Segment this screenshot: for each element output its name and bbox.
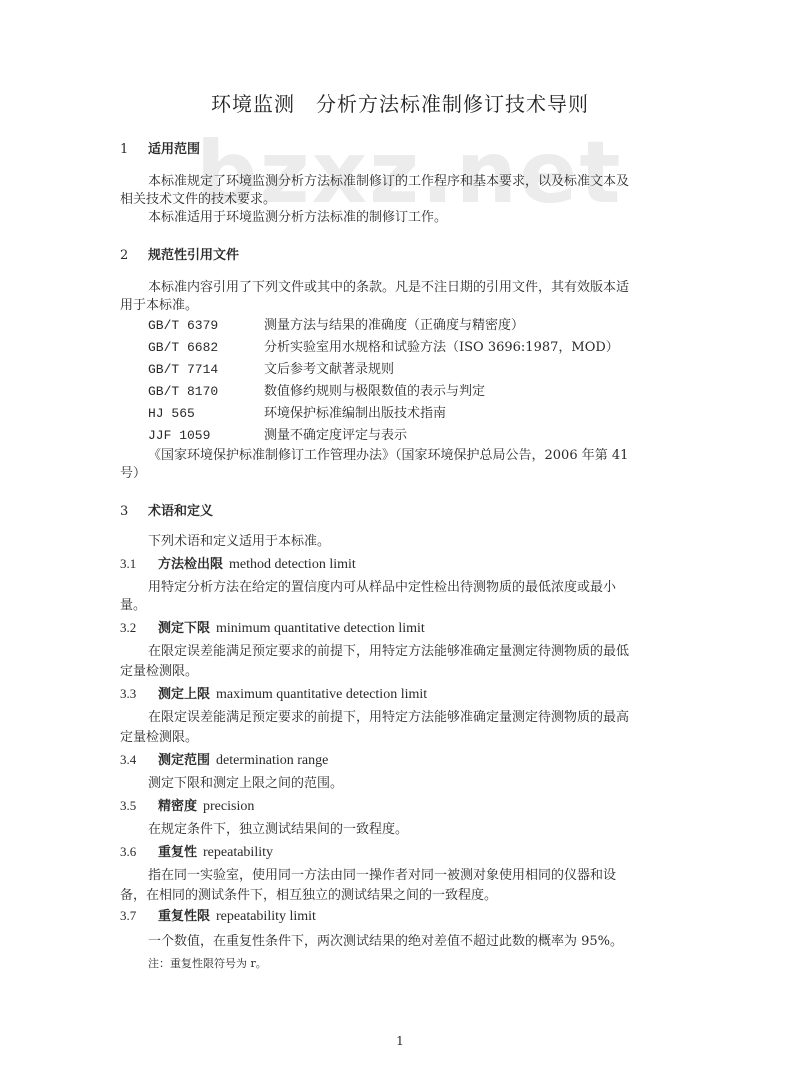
ref-code: GB/T 6682 <box>148 340 218 356</box>
paragraph: 下列术语和定义适用于本标准。 <box>148 534 330 550</box>
ref-title: 文后参考文献著录规则 <box>264 362 394 378</box>
term-number: 3.1 <box>120 556 158 572</box>
section-2-heading: 2规范性引用文件 <box>120 248 239 264</box>
section-number: 3 <box>120 504 148 520</box>
section-title: 术语和定义 <box>148 504 213 519</box>
term-heading: 3.6重复性repeatability <box>120 844 273 861</box>
term-number: 3.3 <box>120 686 158 702</box>
ref-title: 分析实验室用水规格和试验方法（ISO 3696:1987，MOD） <box>264 340 619 356</box>
term-definition: 量。 <box>120 598 146 614</box>
term-heading: 3.7重复性限repeatability limit <box>120 908 316 925</box>
term-heading: 3.5精密度precision <box>120 798 254 815</box>
ref-code: GB/T 6379 <box>148 318 218 334</box>
term-en: precision <box>203 799 254 814</box>
paragraph: 号） <box>120 466 146 482</box>
term-en: determination range <box>216 753 328 768</box>
ref-title: 测量方法与结果的准确度（正确度与精密度） <box>264 318 524 334</box>
term-zh: 测定下限 <box>158 621 210 636</box>
document-title: 环境监测 分析方法标准制修订技术导则 <box>0 88 800 117</box>
ref-code: GB/T 8170 <box>148 384 218 400</box>
term-zh: 方法检出限 <box>158 557 223 572</box>
term-en: method detection limit <box>229 557 356 572</box>
term-definition: 测定下限和测定上限之间的范围。 <box>148 776 343 792</box>
section-title: 规范性引用文件 <box>148 248 239 263</box>
ref-title: 环境保护标准编制出版技术指南 <box>264 406 446 422</box>
ref-title: 数值修约规则与极限数值的表示与判定 <box>264 384 485 400</box>
term-number: 3.6 <box>120 844 158 860</box>
term-zh: 重复性限 <box>158 909 210 924</box>
term-zh: 重复性 <box>158 845 197 860</box>
section-number: 1 <box>120 142 148 158</box>
paragraph: 用于本标准。 <box>120 298 198 314</box>
paragraph: 本标准内容引用了下列文件或其中的条款。凡是不注日期的引用文件，其有效版本适 <box>148 280 629 296</box>
term-en: repeatability <box>203 845 273 860</box>
term-definition: 在限定误差能满足预定要求的前提下，用特定方法能够准确定量测定待测物质的最高 <box>148 710 629 726</box>
section-3-heading: 3术语和定义 <box>120 504 213 520</box>
term-definition: 用特定分析方法在给定的置信度内可从样品中定性检出待测物质的最低浓度或最小 <box>148 580 616 596</box>
section-number: 2 <box>120 248 148 264</box>
term-number: 3.2 <box>120 620 158 636</box>
ref-title: 测量不确定度评定与表示 <box>264 428 407 444</box>
term-number: 3.5 <box>120 798 158 814</box>
term-heading: 3.1方法检出限method detection limit <box>120 556 356 573</box>
section-1-heading: 1适用范围 <box>120 142 200 158</box>
section-title: 适用范围 <box>148 142 200 157</box>
term-definition: 定量检测限。 <box>120 664 198 680</box>
term-zh: 测定上限 <box>158 687 210 702</box>
document-page: 环境监测 分析方法标准制修订技术导则 1适用范围 本标准规定了环境监测分析方法标… <box>0 0 800 1090</box>
term-definition: 在限定误差能满足预定要求的前提下，用特定方法能够准确定量测定待测物质的最低 <box>148 644 629 660</box>
paragraph: 相关技术文件的技术要求。 <box>120 192 276 208</box>
term-heading: 3.4测定范围determination range <box>120 752 328 769</box>
term-number: 3.4 <box>120 752 158 768</box>
term-zh: 精密度 <box>158 799 197 814</box>
term-heading: 3.3测定上限maximum quantitative detection li… <box>120 686 427 703</box>
paragraph: 本标准规定了环境监测分析方法标准制修订的工作程序和基本要求，以及标准文本及 <box>148 174 629 190</box>
term-definition: 指在同一实验室，使用同一方法由同一操作者对同一被测对象使用相同的仪器和设 <box>148 868 616 884</box>
ref-code: GB/T 7714 <box>148 362 218 378</box>
term-note: 注：重复性限符号为 r。 <box>148 956 267 972</box>
ref-code: HJ 565 <box>148 406 195 422</box>
paragraph: 《国家环境保护标准制修订工作管理办法》（国家环境保护总局公告，2006 年第 4… <box>148 448 628 464</box>
term-definition: 一个数值，在重复性条件下，两次测试结果的绝对差值不超过此数的概率为 95%。 <box>148 934 623 950</box>
term-en: minimum quantitative detection limit <box>216 621 425 636</box>
term-definition: 备，在相同的测试条件下，相互独立的测试结果之间的一致程度。 <box>120 888 497 904</box>
paragraph: 本标准适用于环境监测分析方法标准的制修订工作。 <box>148 210 447 226</box>
term-zh: 测定范围 <box>158 753 210 768</box>
term-number: 3.7 <box>120 908 158 924</box>
ref-code: JJF 1059 <box>148 428 210 444</box>
term-en: maximum quantitative detection limit <box>216 687 427 702</box>
term-en: repeatability limit <box>216 909 316 924</box>
page-number: 1 <box>0 1034 800 1048</box>
term-definition: 在规定条件下，独立测试结果间的一致程度。 <box>148 822 408 838</box>
term-heading: 3.2测定下限minimum quantitative detection li… <box>120 620 425 637</box>
term-definition: 定量检测限。 <box>120 730 198 746</box>
